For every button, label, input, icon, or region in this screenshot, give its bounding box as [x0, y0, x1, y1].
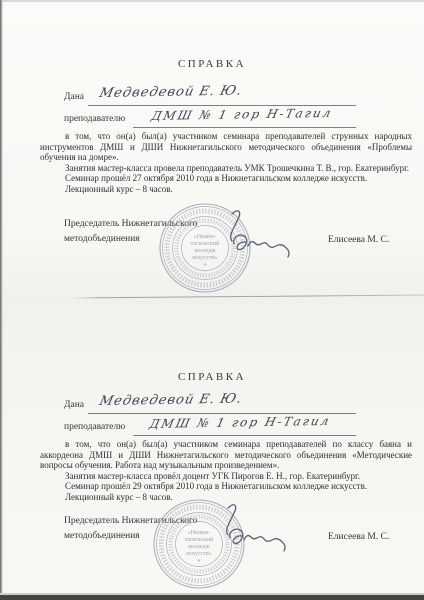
to-label: преподавателю: [64, 422, 125, 432]
certificate-body: в том, что он(а) был(а) участником семин…: [40, 131, 412, 195]
body-paragraph: Семинар прошёл 29 октября 2010 года в Ни…: [40, 481, 412, 492]
to-label: преподавателю: [64, 114, 125, 124]
body-paragraph: Занятия мастер-класса провела преподават…: [40, 163, 412, 174]
handwritten-recipient-name: Медведевой Е. Ю.: [98, 392, 244, 409]
handwritten-school: ДМШ № 1 гор Н-Тагил: [148, 414, 332, 431]
certificate-title: СПРАВКА: [0, 371, 424, 383]
given-label: Дана: [64, 400, 84, 410]
scan-edge-top: [0, 0, 424, 2]
scanned-document-page: СПРАВКА Дана Медведевой Е. Ю. преподават…: [0, 0, 424, 600]
underline: [133, 127, 356, 128]
stamp-star: *: [197, 558, 201, 566]
body-paragraph: в том, что он(а) был(а) участником семин…: [40, 439, 412, 471]
scan-edge-bottom: [0, 595, 424, 600]
scan-edge-left: [0, 0, 3, 600]
given-label: Дана: [64, 92, 84, 102]
paper-fold-line: [70, 294, 424, 298]
underline: [133, 435, 356, 436]
certificate-body: в том, что он(а) был(а) участником семин…: [40, 439, 412, 503]
signature-icon: [208, 208, 300, 266]
handwritten-school: ДМШ № 1 гор Н-Тагил: [150, 106, 334, 123]
body-paragraph: Семинар прошёл 27 октября 2010 года в Ни…: [40, 173, 412, 184]
body-paragraph: Занятия мастер-класса провёл доцент УГК …: [40, 471, 412, 482]
signer-name: Елисеева М. С.: [328, 235, 389, 245]
signer-name: Елисеева М. С.: [328, 532, 389, 542]
body-paragraph: в том, что он(а) был(а) участником семин…: [40, 131, 412, 163]
certificate-title: СПРАВКА: [0, 58, 424, 70]
handwritten-recipient-name: Медведевой Е. Ю.: [98, 84, 244, 101]
stamp-star: *: [203, 262, 207, 270]
body-paragraph: Лекционный курс – 8 часов.: [40, 184, 412, 195]
signature-icon: [204, 502, 296, 560]
